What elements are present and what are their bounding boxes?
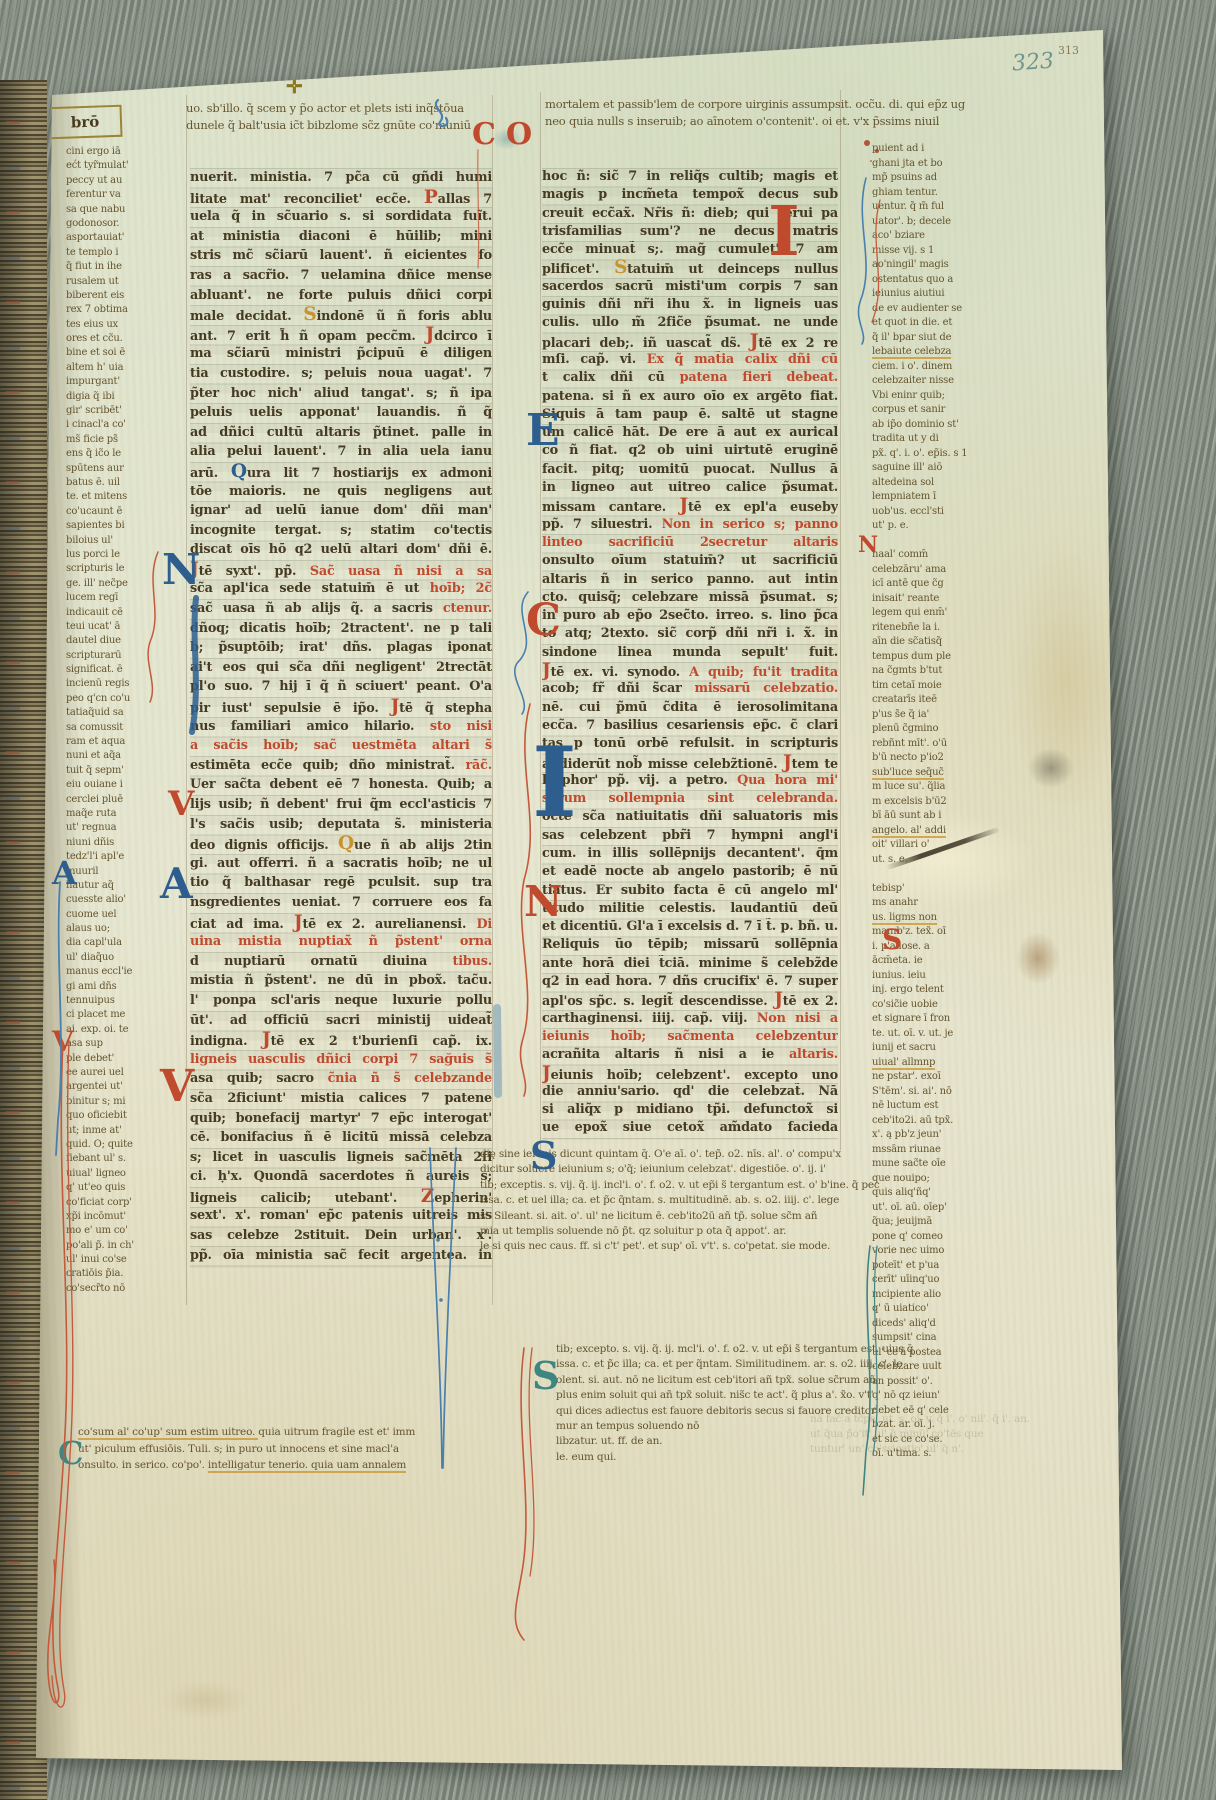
text-line: q̃ il' bpar siut de (872, 331, 982, 346)
text-line: issa. c. et p̃c illa; ca. et per q̃ntam.… (556, 1357, 1116, 1372)
text-line: mcipiente alio (872, 1288, 982, 1303)
text-line: ad dñici cultū altaris p̃tinet. palle in (190, 423, 492, 443)
text-line: naal' comm̄ (872, 548, 982, 563)
text-line: tuntur' un' co'ssicatio' ul' q̃ n'. (810, 1442, 1110, 1457)
text-line: tatiaq̃uid sa (66, 706, 162, 720)
text-line: creatarīs iteē (872, 693, 982, 708)
text-line: tennuipus (66, 994, 162, 1008)
text-line: ignar' ad uelū ianue dom' dñi man' (190, 501, 492, 521)
text-line: ut' piculum effusiōis. Tuli. s; in puro … (78, 1441, 498, 1458)
dark-smudge (1028, 748, 1074, 788)
text-line: lempniatem ī (872, 490, 982, 505)
text-line: bī āū sunt ab i (872, 809, 982, 824)
text-line: binitur s; mi (66, 1095, 162, 1109)
text-line: pp̃. 7 siluestri. Non in serico s; panno (542, 516, 838, 534)
text-line: co ñ fiat. q2 ob uini uirtutē eruginē (542, 442, 838, 460)
text-line: uiual' ligneo (66, 1167, 162, 1181)
text-line: sas celebze 2stituit. Dein urban'. x'. (190, 1226, 492, 1246)
text-line: q2 in ead̃ hora. 7 dñs crucifix' ē. 7 su… (542, 973, 838, 991)
faded-erased-text: nā fac̃ a tc̃pe. ut. s. oī. v. q̃ i'. o'… (810, 1412, 1110, 1457)
text-line: co'ucaunt ē (66, 505, 162, 519)
text-line: le si quis nec caus. ff. si c't' pet'. e… (480, 1239, 1104, 1254)
illuminated-initial-i: I (532, 742, 577, 824)
text-line: tebisp' (872, 882, 982, 897)
text-line: ceb'ito2i. aū tpx̃. (872, 1114, 982, 1129)
corner-tab-label: brō (70, 113, 99, 132)
text-line: tio q̃ balthasar regē pculsit. sup tra (190, 873, 492, 893)
text-line: Jtē ex. vi. synodo. A quib; fu'it tradit… (542, 662, 838, 680)
text-line: sc̃a apl'ica sede statuim̄ ē ut hoīb; 2c… (190, 579, 492, 599)
cross-mark-icon: ✛ (286, 74, 303, 98)
text-line: ram et aqua (66, 735, 162, 749)
text-line: ut. s. e. (872, 853, 982, 868)
text-line: facit. pitq; uomitū puocat. Nullus ā (542, 461, 838, 479)
text-line: d nuptiarū ornatū diuina tibus. (190, 952, 492, 972)
text-line: dicitur soluere ieiunium s; o'q̃; ieiuni… (480, 1162, 1104, 1177)
text-line: sarum sollempnia sint celebranda. (542, 790, 838, 808)
text-line: ores et cc̃u. (66, 332, 162, 346)
text-line: xp̃i incōmut' (66, 1210, 162, 1224)
text-line: ciem. i o'. dinem (872, 360, 982, 375)
text-line: p'us s̃e q̃ ia' (872, 708, 982, 723)
illuminated-initial-a: A (52, 860, 77, 887)
text-line: addiderūt nob̃ misse celebz̃tionē. Jtem … (542, 754, 838, 772)
illuminated-initial-s: S (882, 928, 902, 952)
text-line: co'sic̃ie uobie (872, 998, 982, 1013)
text-line: asportauiat' (66, 231, 162, 245)
text-line: placari deb;. iñ uascat̃ ds̃. Jtē ex 2 r… (542, 333, 838, 351)
text-line: ue epox̃ siue cetox̃ am̃dato facieda (542, 1119, 838, 1137)
text-line: niuni dñis (66, 836, 162, 850)
text-line: m luce su'. q̃lia (872, 780, 982, 795)
text-line: iunij et sacru (872, 1041, 982, 1056)
text-line: b'ū necto p'io2 (872, 751, 982, 766)
text-line: discat oīs hō q2 uelū altari dom' dñi ē. (190, 540, 492, 560)
text-line: ms̃ ficie ps̃ (66, 433, 162, 447)
text-line: incienū regis (66, 677, 162, 691)
text-line: in puro ab ep̃o 2sec̃to. irreo. s. lino … (542, 607, 838, 625)
text-line (872, 867, 982, 882)
left-margin-gloss: cini ergo iāećt tyr̃mulat'peccy ut aufer… (66, 145, 162, 1296)
text-line: cratiōis p̃ia. (66, 1267, 162, 1281)
text-line: dñoq; dicatis hoīb; 2tractent'. ne p tal… (190, 619, 492, 639)
text-line: si aliq̃x p midiano tp̃i. defunctox̃ si (542, 1101, 838, 1119)
text-line: culis. ullo m̃ 2fic̃e p̃sumat. ne unde (542, 314, 838, 332)
text-line: eiu ouiane i (66, 778, 162, 792)
text-line: pir iust' sepulsie ē ip̃o. Jtē q̃ stepha (190, 697, 492, 717)
text-line: pl'o suo. 7 hij ī q̃ ñ sciuert' peant. O… (190, 677, 492, 697)
text-line: uob'us. eccl'sti (872, 505, 982, 520)
text-line: pp̃. oīa ministia sac̃ fecit argentea. i… (190, 1246, 492, 1266)
text-line: ieiunis hoīb; sac̃menta celebzentur (542, 1028, 838, 1046)
text-line: cē. bonifacius ñ ē licitū missā celebza (190, 1128, 492, 1148)
text-line: Jeiunis hoīb; celebzent'. excepto uno (542, 1065, 838, 1083)
text-line: altem h' uia (66, 361, 162, 375)
text-line: ut q̃ua p̃o'it' ul' q̃ minū' co'tēs que (810, 1427, 1110, 1442)
text-line: tedz'l'i apl'e (66, 850, 162, 864)
text-line: alia pelui lauent'. 7 in alia uela ianu (190, 442, 492, 462)
text-line: et quot in die. et (872, 316, 982, 331)
text-line: plenū c̃gmino (872, 722, 982, 737)
text-line: ut' regnua (66, 821, 162, 835)
text-line: sa comussit (66, 721, 162, 735)
text-line: scripturarū (66, 649, 162, 663)
text-line: cerclei pluē (66, 793, 162, 807)
text-line: gi ami dñs (66, 980, 162, 994)
text-line: Siquis ā tam paup ē. saltē ut stagne (542, 406, 838, 424)
text-line: te. ut. oī. v. ut. je (872, 1027, 982, 1042)
text-line: legem qui enm̄' (872, 606, 982, 621)
text-line: nus familiari amico hilario. sto nisi (190, 717, 492, 737)
text-line: carthaginensi. iiij. cap̃. viij. Non nis… (542, 1010, 838, 1028)
bottom-right-commentary-upper: dię sine ieiunis dicunt quintam q̄. O'e … (480, 1147, 1104, 1255)
text-line: ritenebñe la i. (872, 621, 982, 636)
text-line: um calicē hāt. De ere ā aut ex aurical (542, 424, 838, 442)
text-line: nā fac̃ a tc̃pe. ut. s. oī. v. q̃ i'. o'… (810, 1412, 1110, 1427)
running-header-letter-c: C (472, 120, 496, 150)
text-line: m excelsis b'ū2 (872, 795, 982, 810)
text-line: de ev audienter se (872, 302, 982, 317)
running-header-letter-o: O (506, 120, 532, 150)
text-line: asa sup (66, 1037, 162, 1051)
text-line: ieiunius aiutiui (872, 287, 982, 302)
bottom-right-red-flourish (515, 1348, 526, 1640)
text-line: tib; excepto. s. vij. q̃. ij. mcl'i. o'.… (556, 1342, 1116, 1357)
text-line: sapientes bi (66, 519, 162, 533)
text-line: gi. aut offerri. ñ a sacratis hoīb; ne u… (190, 854, 492, 874)
flourish-dot (439, 1298, 443, 1302)
text-line: uentur. q̃ m̃ ful (872, 200, 982, 215)
text-line: digia q̃ ibi (66, 390, 162, 404)
text-line: incognite tergat. s; statim co'tectis (190, 521, 492, 541)
red-ink-specks (864, 140, 870, 146)
text-line: tiatus. Er subito facta ē cū angelo ml' (542, 882, 838, 900)
text-line: quib; bonefacij martyr' 7 ep̃c interogat… (190, 1109, 492, 1129)
text-line: et signare ī fron (872, 1012, 982, 1027)
text-line: spūtens aur (66, 462, 162, 476)
text-line: biloius ul' (66, 534, 162, 548)
text-line: s'. Sileant. si. ait. o'. ul' ne licitum… (480, 1209, 1104, 1224)
text-line: ma sc̃iarū ministri p̃cipuū ē diligen (190, 344, 492, 364)
text-line: mistia ñ p̃stent'. ne dū in pbox̃. tac̃u… (190, 971, 492, 991)
text-line: dautel diue (66, 634, 162, 648)
text-line: ut' p. e. (872, 519, 982, 534)
text-line: Reliquis ūo tēpib; missarū sollēpnia (542, 936, 838, 954)
text-line: lucem regī (66, 591, 162, 605)
text-line: tib; exceptis. s. vij. q̃. ij. incl'i. o… (480, 1178, 1104, 1193)
text-line: to atq; 2texto. sic̃ corp̃ dñi nr̃i i. x… (542, 625, 838, 643)
text-line: poteīt' et p'ua (872, 1259, 982, 1274)
text-line: peccy ut au (66, 174, 162, 188)
text-line: px̃. q'. i. o'. ep̃is. s 1 (872, 447, 982, 462)
text-line: tes eius ux (66, 318, 162, 332)
text-line: male decidat. Sindonē ũ ñ foris ablu (190, 305, 492, 325)
text-line: significat. ē (66, 663, 162, 677)
parchment-page-wrap: brō ✛ C O 323 313 uo. sb'illo. q̃ scem y… (0, 0, 1216, 1800)
text-line: q' ut'eo quis (66, 1181, 162, 1195)
text-line: octe sc̃a natiuitatis dñi saluatoris mis (542, 808, 838, 826)
text-line: ee aurei uel (66, 1066, 162, 1080)
text-line: ūt'. ad officiū sacri ministij uideat̃ (190, 1011, 492, 1031)
text-line: tempus dum ple (872, 650, 982, 665)
folio-number: 323 (1011, 49, 1055, 77)
text-line: s; licet in uasculis ligneis sac̃mēta 2f… (190, 1148, 492, 1168)
text-line: lijs usib; ñ debent' frui q̃m eccl'astic… (190, 795, 492, 815)
text-line: nuerit. ministia. 7 pc̃a cū gñdi humi (190, 168, 492, 188)
illuminated-initial-v: V (160, 1068, 194, 1105)
illuminated-initial-n: N (162, 552, 200, 588)
text-line: quo oficiebit (66, 1109, 162, 1123)
text-line: ghiam tentur. (872, 186, 982, 201)
ruling-line (840, 90, 841, 1150)
text-line: stris mc̃ sc̃iarū lauent'. ñ eicientes f… (190, 246, 492, 266)
text-line: rebñnt mīt'. o'ū (872, 737, 982, 752)
text-line: corpus et sanir (872, 403, 982, 418)
text-line: inisait' reante (872, 592, 982, 607)
text-line: na c̃gmts b'tut (872, 664, 982, 679)
text-line: godonosor. (66, 217, 162, 231)
text-line: titudo militie celestis. laudantiū deū (542, 900, 838, 918)
ruling-line (186, 95, 187, 1305)
text-line: lesphor' pp̃. vij. a petro. Qua hora mi' (542, 772, 838, 790)
foxing-spot (160, 1680, 250, 1720)
text-line: ab ip̃o dominio st' (872, 418, 982, 433)
right-gloss-blue-flourish (858, 178, 866, 344)
illuminated-initial-i: I (768, 204, 800, 262)
text-line: abluant'. ne forte puluis dñici corpi (190, 286, 492, 306)
illuminated-initial-v: V (168, 790, 194, 819)
text-line: tim cetaī moie (872, 679, 982, 694)
text-line: ećt tyr̃mulat' (66, 159, 162, 173)
text-line: peluis uelis apponat' lauandis. ñ q̃ (190, 403, 492, 423)
text-line: guinis dñi nr̃i ihu x̃. in ligneis uas (542, 296, 838, 314)
text-line: uina mistia nuptiax̃ ñ p̃stent' orna (190, 932, 492, 952)
text-line: dia capl'ula (66, 936, 162, 950)
text-line: plus enim soluit qui añ tpx̃ soluit. nis… (556, 1388, 1116, 1403)
text-line: issa. c. et uel illa; ca. et p̃c q̃ntam.… (480, 1193, 1104, 1208)
text-line: q̃ fiut in ihe (66, 260, 162, 274)
text-line: S'tēm'. si. ai'. nō (872, 1085, 982, 1100)
text-line: nuni et aq̃a (66, 749, 162, 763)
text-line: neo quia nulls s inseruib; ao aīnotem o'… (545, 113, 1053, 130)
illuminated-initial-c: C (58, 1440, 83, 1467)
text-line: alaus uo; (66, 922, 162, 936)
text-line: sindone linea munda sepult' fuit. (542, 644, 838, 662)
text-line: uiual' allmnp (872, 1056, 982, 1071)
text-line: at ministia diaconi ē hūilib; mini (190, 227, 492, 247)
text-line: acob; fr̃ dñi s̃car missarū celebzatio. (542, 680, 838, 698)
text-line: estimēta ecc̃e quib; dño ministrat̃. rāc… (190, 756, 492, 776)
text-line: cuome uel (66, 908, 162, 922)
text-line: l's sac̃is usib; deputata s̃. ministeria (190, 815, 492, 835)
text-line: onsulto. in serico. co'po'. intelligatur… (78, 1457, 498, 1474)
text-line: ferentur va (66, 188, 162, 202)
illuminated-initial-a: A (160, 866, 193, 902)
text-line: ul' inui co'se (66, 1253, 162, 1267)
text-line: a sac̃is hoīb; sac̃ uestmēta altari s̃ (190, 736, 492, 756)
text-line: tuit q̃ sepm' (66, 764, 162, 778)
text-line: manus eccl'ie (66, 965, 162, 979)
right-margin-gloss: puient ad ighani jta et bomp̃ psuins adg… (872, 142, 982, 1462)
text-line: biberent eis (66, 289, 162, 303)
text-line: cerīt' uīinq'uo (872, 1273, 982, 1288)
corner-tab: brō (47, 105, 122, 140)
text-line: batus ē. uil (66, 476, 162, 490)
text-line: uela q̃ in sc̃uario s. si sordidata fuĩt… (190, 207, 492, 227)
text-line: teui ucat' ā (66, 620, 162, 634)
text-line: maq̃e ruta (66, 807, 162, 821)
text-line: patena. si ñ ex auro oīo ex argēto fiat. (542, 388, 838, 406)
text-line: ao'ningil' magis (872, 258, 982, 273)
text-line: altaris ñ in serico panno. aut intin (542, 571, 838, 589)
text-line: tia custodire. s; peluis noua uagat'. 7 (190, 364, 492, 384)
text-line: ai. exp. oi. te (66, 1023, 162, 1037)
text-line: ante horā diei t̃ciā. minime s̃ celebz̃d… (542, 955, 838, 973)
text-line: uator'. b; decele (872, 215, 982, 230)
text-line: ms anahr (872, 896, 982, 911)
text-line: po'ali p̃. in ch' (66, 1239, 162, 1253)
text-line: bine et soi ē (66, 346, 162, 360)
text-line: argentei ut' (66, 1080, 162, 1094)
text-line: inj. ergo telent (872, 983, 982, 998)
text-line: sas celebzent pbr̃i 7 hympni angl'i (542, 827, 838, 845)
text-line: diceds' aliq'd (872, 1317, 982, 1332)
illuminated-initial-s: S (530, 1140, 557, 1172)
top-edge-specks (538, 34, 548, 42)
text-line: mp̃ psuins ad (872, 171, 982, 186)
text-line: celebzāru' ama (872, 563, 982, 578)
text-line: cuesste alio' (66, 893, 162, 907)
text-line: co'secr̃to nō (66, 1282, 162, 1296)
text-line: onsulto oīum statuim̄? ut sacrificiū (542, 552, 838, 570)
text-line: cini ergo iā (66, 145, 162, 159)
text-line: x'. ą pb'z jeun' (872, 1128, 982, 1143)
brown-blotch (1016, 932, 1060, 984)
text-line: ple debet' (66, 1052, 162, 1066)
text-line: missam cantare. Jtē ex epl'a euseby (542, 497, 838, 515)
text-line: ācm̄eta. ie (872, 954, 982, 969)
text-line: ci placet me (66, 1008, 162, 1022)
text-line: mortalem et passib'lem de corpore uirgin… (545, 96, 1053, 113)
text-line: ciat ad ima. Jtē ex 2. aurelianensi. Di (190, 913, 492, 933)
pale-blue-initial-bar (497, 1008, 498, 1094)
text-line: nē. cui p̃mū c̃dita ē ierosolimitana (542, 699, 838, 717)
text-line: ras a sacr̃io. 7 uelamina dñice mense (190, 266, 492, 286)
header-text-right: mortalem et passib'lem de corpore uirgin… (545, 96, 1053, 130)
illuminated-initial-n: N (524, 884, 562, 920)
text-line: misse vij. s 1 (872, 244, 982, 259)
text-line: Uer sac̃ta debent eē 7 honesta. Quib; a (190, 775, 492, 795)
text-line: die anniu'sario. qd' die celebzat̃. Nā (542, 1083, 838, 1101)
header-text-left: uo. sb'illo. q̃ scem y p̃o actor et plet… (186, 100, 472, 134)
text-line: i cinacl'a co' (66, 418, 162, 432)
text-line: fiebant ul' s. (66, 1152, 162, 1166)
text-line: lebaiute celebza (872, 345, 982, 360)
text-line: cum. in illis sollēpnijs decantent'. q̄m (542, 845, 838, 863)
text-line: q' ū uiatico' (872, 1302, 982, 1317)
manuscript-photo-scene: brō ✛ C O 323 313 uo. sb'illo. q̃ scem y… (0, 0, 1216, 1800)
text-line: impurgant' (66, 375, 162, 389)
text-line: quid. O; quite (66, 1138, 162, 1152)
text-line: uo. sb'illo. q̃ scem y p̃o actor et plet… (186, 100, 472, 117)
text-line: celebzaiter nisse (872, 374, 982, 389)
text-line: ut; inme at' (66, 1124, 162, 1138)
text-line: mo e' um co' (66, 1224, 162, 1238)
illuminated-initial-n: N (858, 536, 878, 555)
text-line: peo q'cn co'u (66, 692, 162, 706)
text-line: olent. si. aut. nō ne licitum est ceb'it… (556, 1373, 1116, 1388)
text-line: b; p̃suptōib; irat' dñs. plagas iponat (190, 638, 492, 658)
text-line: angelo. al' addi (872, 824, 982, 839)
text-line: tradita ut y di (872, 432, 982, 447)
text-line: linteo sacrificiū 2secretur altaris (542, 534, 838, 552)
illuminated-initial-v: V (52, 1030, 74, 1054)
illuminated-initial-e: E (526, 412, 560, 449)
text-line: nsgredientes ueniat. 7 corruere eos fa (190, 893, 492, 913)
text-line: te. et mitens (66, 490, 162, 504)
text-line: rusalem ut (66, 275, 162, 289)
text-line: lus porci le (66, 548, 162, 562)
text-line: Vbi eninr quib; (872, 389, 982, 404)
text-line: ant. 7 erit h̃ ñ opam pecc̃m. Jdcirco ī (190, 325, 492, 345)
text-line: in ligneo aut uitreo calice p̃sumat. (542, 479, 838, 497)
text-line: aco' bziare (872, 229, 982, 244)
text-line: ghani jta et bo (872, 157, 982, 172)
text-line: aīn die sc̃atisq̃ (872, 635, 982, 650)
text-line: sac̃ uasa ñ ab alijs q̃. a sacris ctenur… (190, 599, 492, 619)
text-line: sacerdos sacrū misti'um corpis 7 san (542, 278, 838, 296)
folio-alt-number: 313 (1058, 44, 1079, 57)
text-line: mſi. cap̃. vi. Ex q̃ mat̃ia calix dñi cū (542, 351, 838, 369)
text-line: sext'. x'. roman' ep̃c patenis uitreis m… (190, 1206, 492, 1226)
text-line: co'sum al' co'up' sum estim uitreo. quia… (78, 1424, 498, 1441)
main-text-column-right: hoc ñ: sic̃ 7 in reliq̃s cultib; magis e… (542, 168, 838, 1138)
text-line: l' ponpa scl'aris neque luxurie pollu (190, 991, 492, 1011)
text-line: saguine ill' aiō (872, 461, 982, 476)
text-line: acrañita altaris ñ nisi a ie altaris. (542, 1046, 838, 1064)
text-line: scripturis le (66, 562, 162, 576)
text-line: apl'os sp̃c. s. legit̃ descendisse. Jtē … (542, 991, 838, 1009)
text-line: icī antē que c̃g (872, 577, 982, 592)
ruling-line (492, 95, 493, 1305)
text-line: muuril (66, 865, 162, 879)
text-line: et dicentiū. Gl'a ī excelsis d. 7 ī t̃. … (542, 918, 838, 936)
text-line: puient ad i (872, 142, 982, 157)
illuminated-initial-s: S (532, 1360, 559, 1392)
bottom-left-commentary: co'sum al' co'up' sum estim uitreo. quia… (78, 1424, 498, 1474)
text-line: ge. ill' nec̃pe (66, 577, 162, 591)
text-line: te templo i (66, 246, 162, 260)
text-line: dunele q̃ balt'usia ic̃t bibzlome sc̃z g… (186, 117, 472, 134)
text-line: hautur aq̃ (66, 879, 162, 893)
text-line: Jtē syxt'. pp̃. Sac̃ uasa ñ nisi a sa (190, 560, 492, 580)
parchment-stain (1010, 540, 1120, 820)
text-line: ci. ḥ'x. Quondā sacerdotes ñ aureis s; (190, 1167, 492, 1187)
text-line: mia ut templis soluende nō p̃t. qz solui… (480, 1224, 1104, 1239)
text-line (872, 534, 982, 549)
text-line: ecc̃a. 7 basilius cesariensis ep̃c. c̃ c… (542, 717, 838, 735)
text-line: deo dignis officijs. Que ñ ab alijs 2tin (190, 834, 492, 854)
text-line: indicauit cē (66, 606, 162, 620)
text-line: indigna. Jtē ex 2 t'burienſi cap̃. ix. (190, 1030, 492, 1050)
text-line: dię sine ieiunis dicunt quintam q̄. O'e … (480, 1147, 1104, 1162)
text-line: rex 7 obtima (66, 303, 162, 317)
text-line: asa quib; sacro c̃nia ñ s̃ celebzande (190, 1069, 492, 1089)
text-line: sc̃a 2ficiunt' mistia calices 7 patene (190, 1089, 492, 1109)
text-line: ul' diaq̃uo (66, 951, 162, 965)
text-line: tas p tonū orbē refulsit. in scripturis (542, 735, 838, 753)
text-line: ens q̃ ic̃o le (66, 447, 162, 461)
